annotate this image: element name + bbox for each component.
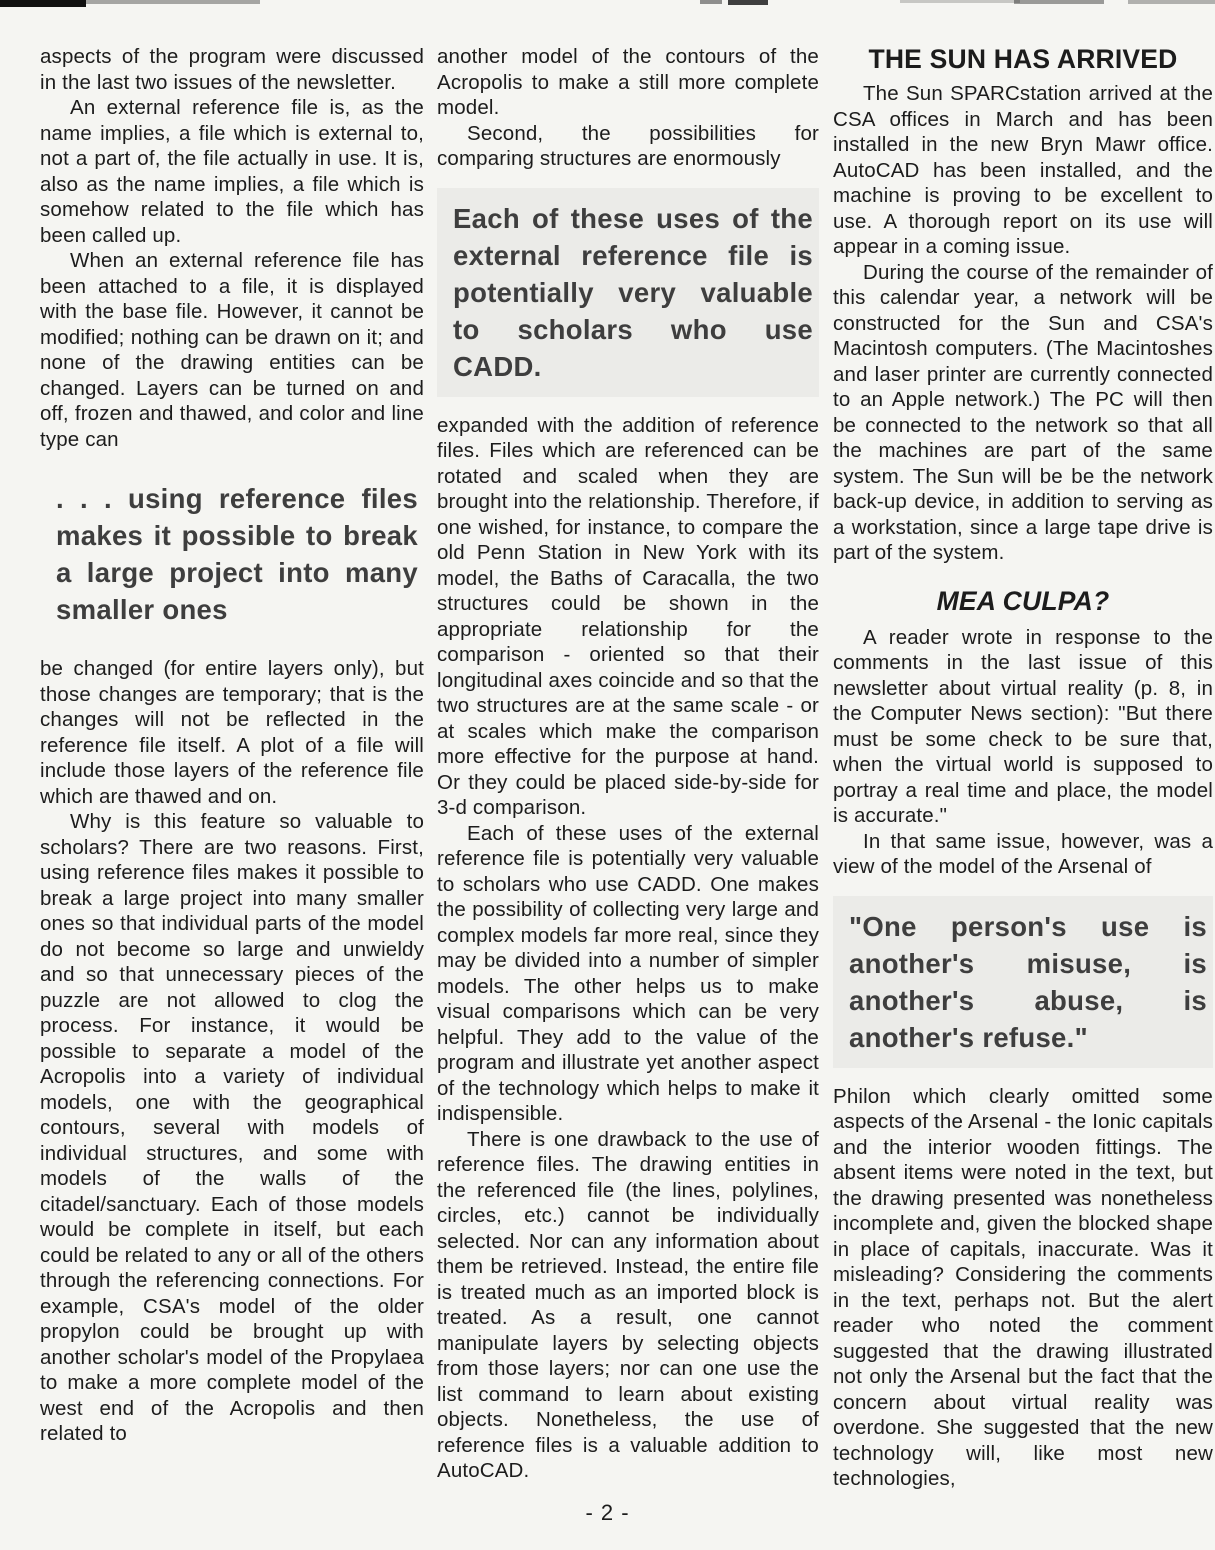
paragraph: Second, the possibilities for comparing … [437, 121, 819, 172]
paragraph: There is one drawback to the use of refe… [437, 1127, 819, 1484]
column-middle: another model of the contours of the Acr… [437, 44, 819, 1484]
scan-artifact [1128, 0, 1215, 4]
paragraph: Why is this feature so valuable to schol… [40, 809, 424, 1447]
paragraph: An external reference file is, as the na… [40, 95, 424, 248]
paragraph: Philon which clearly omitted some aspect… [833, 1084, 1213, 1492]
section-heading-sun-has-arrived: THE SUN HAS ARRIVED [833, 44, 1213, 75]
section-heading-mea-culpa: MEA CULPA? [833, 586, 1213, 617]
paragraph: aspects of the program were discussed in… [40, 44, 424, 95]
paragraph: expanded with the addition of reference … [437, 413, 819, 821]
scan-artifact [1014, 0, 1104, 4]
paragraph: The Sun SPARCstation arrived at the CSA … [833, 81, 1213, 260]
scan-artifact [0, 0, 86, 7]
paragraph: another model of the contours of the Acr… [437, 44, 819, 121]
paragraph: Each of these uses of the external refer… [437, 821, 819, 1127]
paragraph: In that same issue, however, was a view … [833, 829, 1213, 880]
scan-artifact [728, 0, 768, 5]
pullquote-one-persons-use: "One person's use is another's misuse, i… [833, 896, 1213, 1068]
pullquote-external-reference: Each of these uses of the external refer… [437, 188, 819, 397]
scan-artifact [84, 0, 260, 4]
paragraph: A reader wrote in response to the commen… [833, 625, 1213, 829]
scan-artifact [900, 0, 1020, 3]
column-left: aspects of the program were discussed in… [40, 44, 424, 1447]
paragraph: During the course of the remainder of th… [833, 260, 1213, 566]
page-number: - 2 - [0, 1500, 1215, 1526]
scan-artifact [700, 0, 722, 4]
paragraph: be changed (for entire layers only), but… [40, 656, 424, 809]
paragraph: When an external reference file has been… [40, 248, 424, 452]
column-right: THE SUN HAS ARRIVED The Sun SPARCstation… [833, 44, 1213, 1492]
pullquote-reference-files: . . . using reference files makes it pos… [40, 468, 424, 640]
scanned-newsletter-page: aspects of the program were discussed in… [0, 0, 1215, 1550]
